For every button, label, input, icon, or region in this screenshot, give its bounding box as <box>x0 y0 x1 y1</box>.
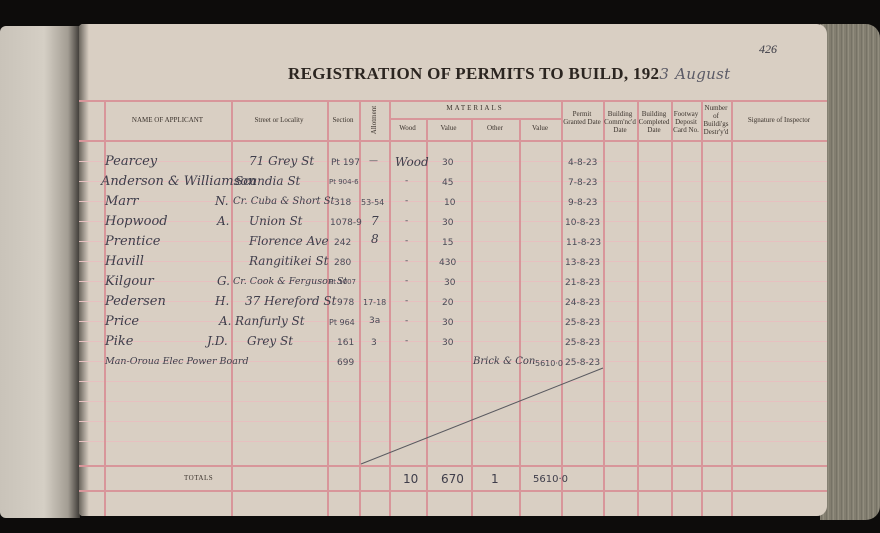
ledger-page: 426 REGISTRATION OF PERMITS TO BUILD, 19… <box>79 24 827 516</box>
page-edges <box>820 24 880 520</box>
cancel-line <box>79 24 827 516</box>
total-other: 1 <box>491 472 499 486</box>
total-other-value: 5610·0 <box>533 474 568 485</box>
total-wood: 10 <box>403 472 418 486</box>
totals-label: TOTALS <box>184 474 213 482</box>
left-page <box>0 26 80 518</box>
total-wood-value: 670 <box>441 472 464 486</box>
